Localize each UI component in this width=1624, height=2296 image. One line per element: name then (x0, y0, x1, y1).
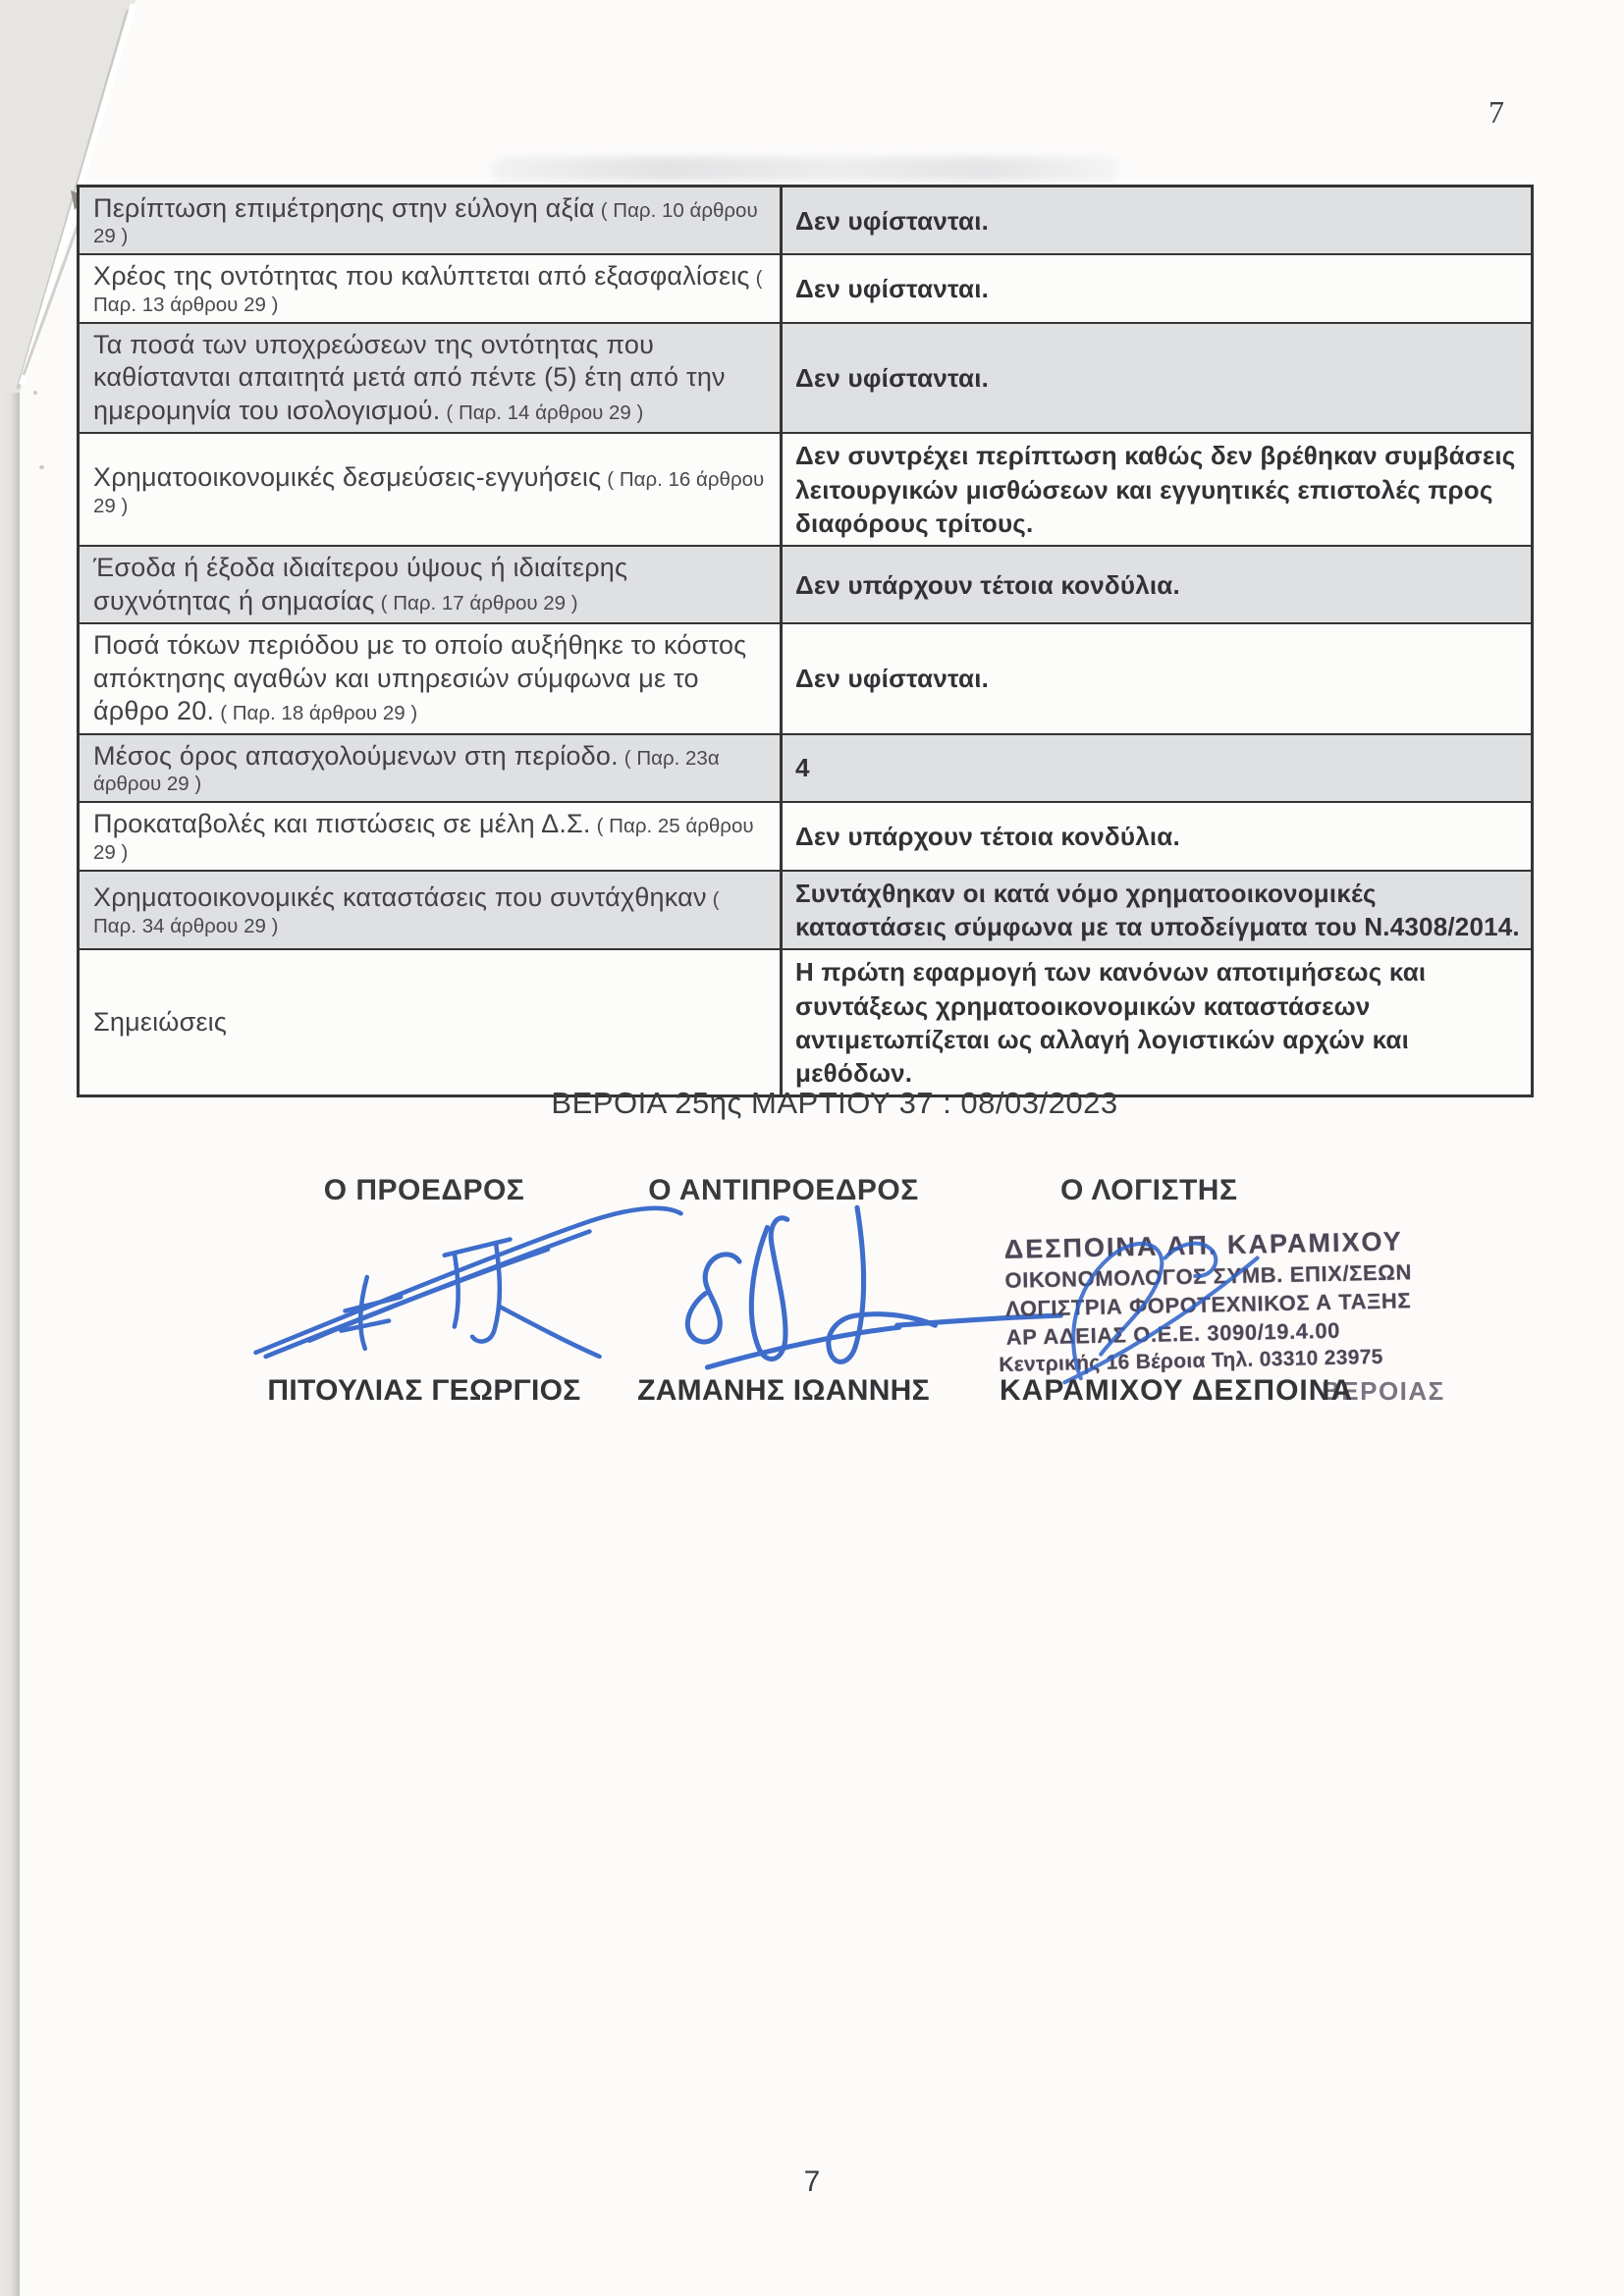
table-row: Έσοδα ή έξοδα ιδιαίτερου ύψους ή ιδιαίτε… (80, 545, 1531, 622)
row-label: Χρέος της οντότητας που καλύπτεται από ε… (93, 261, 750, 291)
row-value: Δεν συντρέχει περίπτωση καθώς δεν βρέθηκ… (795, 439, 1521, 540)
table-row: Τα ποσά των υποχρεώσεων της οντότητας πο… (80, 322, 1531, 432)
row-value: 4 (795, 751, 810, 784)
row-value-cell: Δεν υπάρχουν τέτοια κονδύλια. (783, 547, 1531, 622)
row-label-cell: Χρηματοοικονομικές καταστάσεις που συντά… (80, 872, 783, 949)
row-label-cell: Χρέος της οντότητας που καλύπτεται από ε… (80, 255, 783, 321)
signatory-name: ΠΙΤΟΥΛΙΑΣ ΓΕΩΡΓΙΟΣ (257, 1374, 591, 1408)
signatory-title: Ο ΛΟΓΙΣΤΗΣ (1000, 1174, 1569, 1207)
row-ref: ( Παρ. 14 άρθρου 29 ) (446, 401, 643, 424)
scan-speck (33, 391, 37, 395)
row-value-cell: Δεν υφίστανται. (783, 324, 1531, 432)
page-number-top: 7 (1489, 94, 1557, 131)
signature-accountant (1045, 1217, 1275, 1389)
row-label: Μέσος όρος απασχολούμενων στη περίοδο. (93, 741, 619, 771)
row-value-cell: Δεν υφίστανται. (783, 187, 1531, 253)
signature-block-accountant: Ο ΛΟΓΙΣΤΗΣ ΔΕΣΠΟΙΝΑ ΑΠ. ΚΑΡΑΜΙΧΟΥ ΟΙΚΟΝΟ… (1000, 1174, 1569, 1429)
row-value-cell: Δεν υπάρχουν τέτοια κονδύλια. (783, 803, 1531, 869)
row-value-cell: Συντάχθηκαν οι κατά νόμο χρηματοοικονομι… (783, 872, 1531, 949)
row-value: Δεν υφίστανται. (795, 361, 989, 395)
row-label-cell: Χρηματοοικονομικές δεσμεύσεις-εγγυήσεις(… (80, 434, 783, 545)
signatory-name: ΚΑΡΑΜΙΧΟΥ ΔΕΣΠΟΙΝΑ (1000, 1374, 1353, 1408)
row-value: Δεν υπάρχουν τέτοια κονδύλια. (795, 820, 1180, 853)
row-label: Περίπτωση επιμέτρησης στην εύλογη αξία (93, 193, 595, 223)
row-value: Δεν υπάρχουν τέτοια κονδύλια. (795, 568, 1180, 602)
row-label-cell: Προκαταβολές και πιστώσεις σε μέλη Δ.Σ.(… (80, 803, 783, 869)
row-ref: ( Παρ. 17 άρθρου 29 ) (381, 592, 578, 614)
row-value: Δεν υφίστανται. (795, 272, 989, 305)
row-value: Δεν υφίστανται. (795, 204, 989, 238)
row-label-cell: Τα ποσά των υποχρεώσεων της οντότητας πο… (80, 324, 783, 432)
signature-block-president: Ο ΠΡΟΕΔΡΟΣ ΠΙΤΟΥΛΙΑΣ ΓΕΩΡΓΙΟΣ (257, 1174, 591, 1429)
row-label-cell: Περίπτωση επιμέτρησης στην εύλογη αξία( … (80, 187, 783, 253)
table-row: Χρέος της οντότητας που καλύπτεται από ε… (80, 253, 1531, 321)
signature-block-vice-president: Ο ΑΝΤΙΠΡΟΕΔΡΟΣ ΖΑΜΑΝΗΣ ΙΩΑΝΝΗΣ (617, 1174, 950, 1429)
row-value: Δεν υφίστανται. (795, 662, 989, 695)
table-row: Σημειώσεις Η πρώτη εφαρμογή των κανόνων … (80, 948, 1531, 1095)
table-row: Μέσος όρος απασχολούμενων στη περίοδο.( … (80, 733, 1531, 801)
row-label-cell: Έσοδα ή έξοδα ιδιαίτερου ύψους ή ιδιαίτε… (80, 547, 783, 622)
row-label: Χρηματοοικονομικές καταστάσεις που συντά… (93, 882, 707, 912)
row-ref: ( Παρ. 18 άρθρου 29 ) (220, 702, 417, 724)
row-label: Χρηματοοικονομικές δεσμεύσεις-εγγυήσεις (93, 462, 601, 492)
table-row: Χρηματοοικονομικές καταστάσεις που συντά… (80, 870, 1531, 949)
row-label: Σημειώσεις (93, 1007, 227, 1037)
row-label: Ποσά τόκων περιόδου με το οποίο αυξήθηκε… (93, 630, 746, 725)
row-label: Προκαταβολές και πιστώσεις σε μέλη Δ.Σ. (93, 809, 591, 838)
row-label-cell: Ποσά τόκων περιόδου με το οποίο αυξήθηκε… (80, 624, 783, 732)
date-line: ΒΕΡΟΙΑ 25ης ΜΑΡΤΙΟΥ 37 : 08/03/2023 (412, 1086, 1257, 1121)
row-value-cell: Δεν υφίστανται. (783, 255, 1531, 321)
row-value: Η πρώτη εφαρμογή των κανόνων αποτιμήσεως… (795, 955, 1521, 1090)
signatory-name: ΖΑΜΑΝΗΣ ΙΩΑΝΝΗΣ (617, 1374, 950, 1408)
row-value-cell: Η πρώτη εφαρμογή των κανόνων αποτιμήσεως… (783, 950, 1531, 1095)
row-value: Συντάχθηκαν οι κατά νόμο χρηματοοικονομι… (795, 877, 1521, 944)
scanned-page: 7 Περίπτωση επιμέτρησης στην εύλογη αξία… (0, 0, 1624, 2296)
page-number-bottom: 7 (0, 2165, 1624, 2199)
print-bleed-artifact (491, 157, 1119, 181)
table-row: Προκαταβολές και πιστώσεις σε μέλη Δ.Σ.(… (80, 801, 1531, 869)
row-value-cell: 4 (783, 735, 1531, 801)
row-label-cell: Μέσος όρος απασχολούμενων στη περίοδο.( … (80, 735, 783, 801)
row-value-cell: Δεν συντρέχει περίπτωση καθώς δεν βρέθηκ… (783, 434, 1531, 545)
table-row: Περίπτωση επιμέτρησης στην εύλογη αξία( … (80, 187, 1531, 253)
table-row: Χρηματοοικονομικές δεσμεύσεις-εγγυήσεις(… (80, 432, 1531, 545)
row-label-cell: Σημειώσεις (80, 950, 783, 1095)
scan-speck (39, 465, 44, 469)
table-row: Ποσά τόκων περιόδου με το οποίο αυξήθηκε… (80, 622, 1531, 732)
notes-table: Περίπτωση επιμέτρησης στην εύλογη αξία( … (77, 185, 1534, 1097)
row-value-cell: Δεν υφίστανται. (783, 624, 1531, 732)
